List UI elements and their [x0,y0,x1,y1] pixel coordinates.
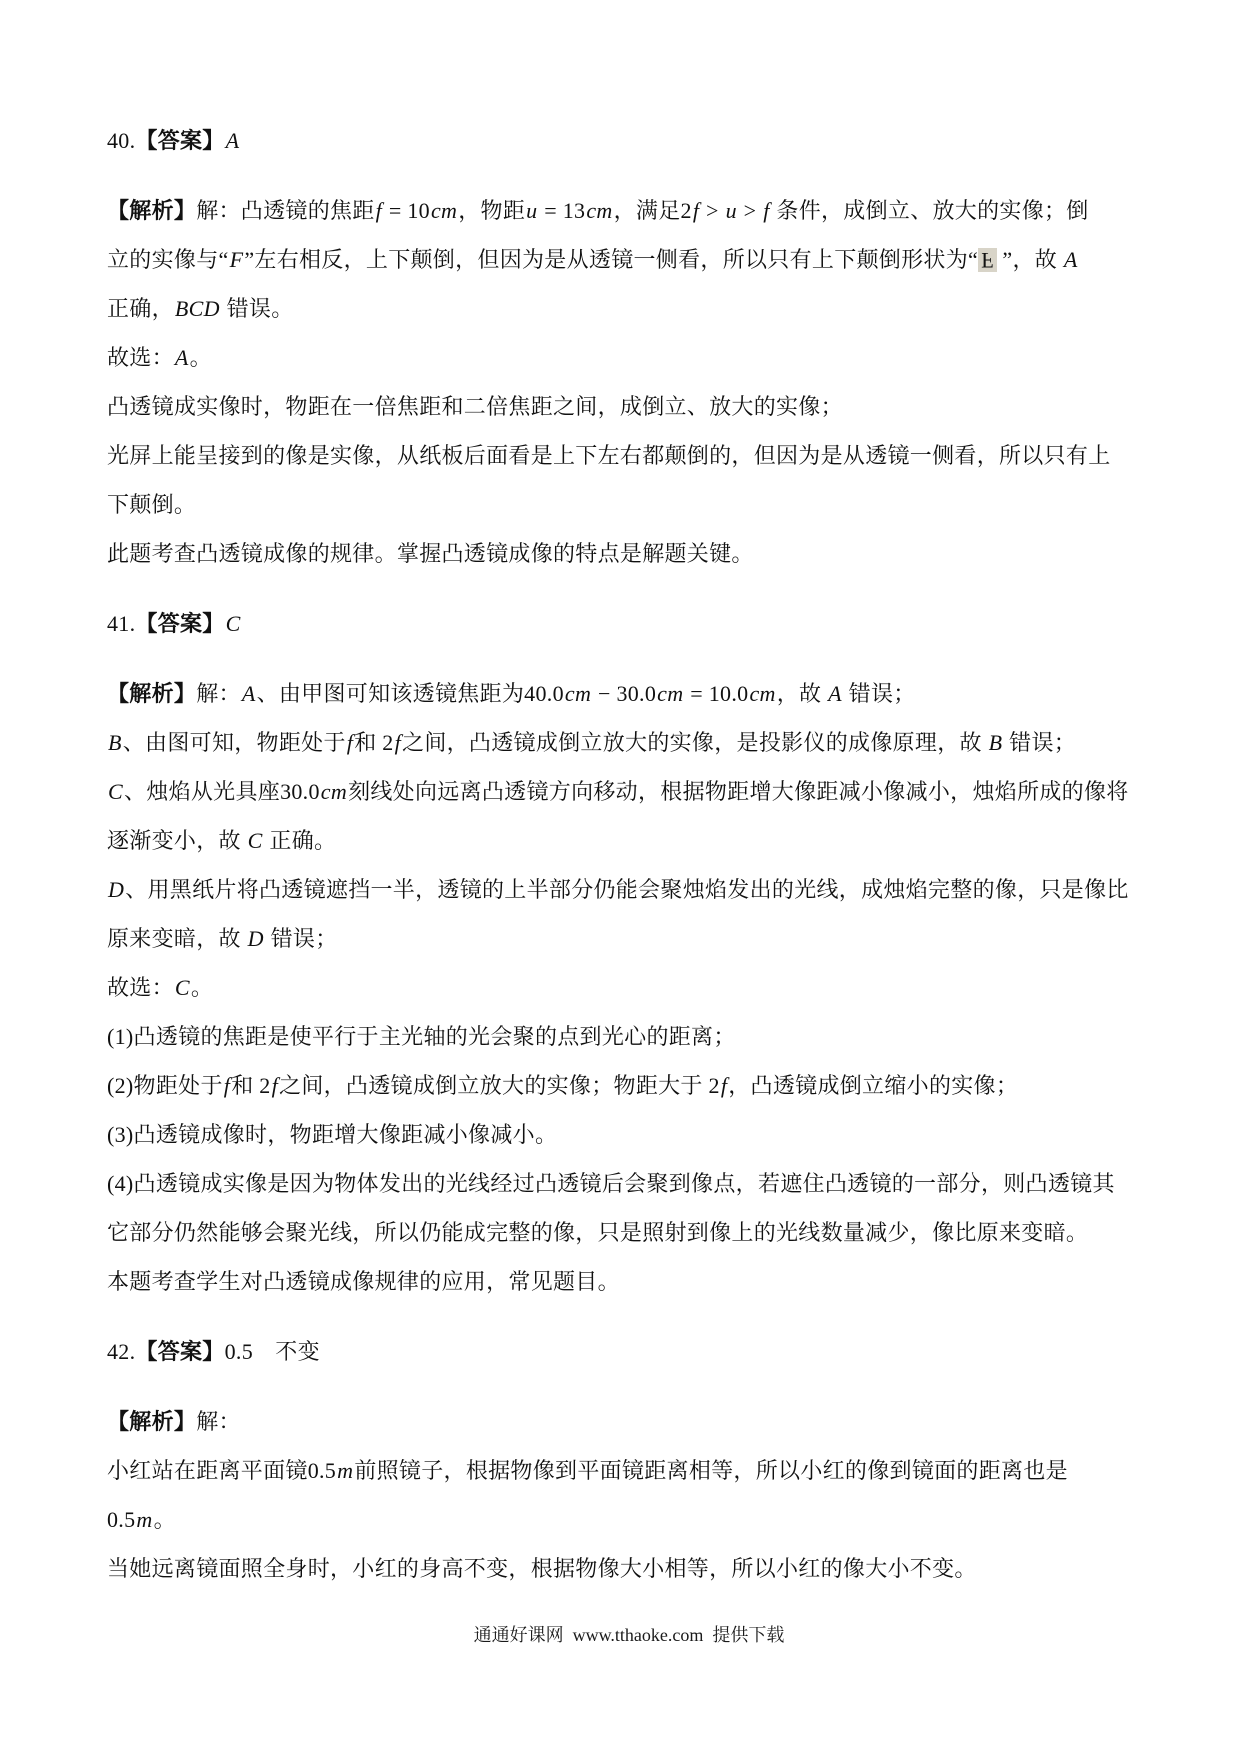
text-line: D、用黑纸片将凸透镜遮挡一半，透镜的上半部分仍能会聚烛焰发出的光线，成烛焰完整的… [107,865,1137,914]
text-line: 原来变暗，故 D 错误； [107,914,1137,963]
text-line: C、烛焰从光具座30.0cm刻线处向远离凸透镜方向移动，根据物距增大像距减小像减… [107,767,1137,816]
text-line: 小红站在距离平面镜0.5m前照镜子，根据物像到平面镜距离相等，所以小红的像到镜面… [107,1446,1137,1495]
answer-heading-q41: 41.【答案】C [107,599,1137,648]
text-line: (4)凸透镜成实像是因为物体发出的光线经过凸透镜后会聚到像点，若遮住凸透镜的一部… [107,1159,1137,1208]
text-line: 本题考查学生对凸透镜成像规律的应用，常见题目。 [107,1257,1137,1306]
answer-block-q41: 41.【答案】C【解析】解：A、由甲图可知该透镜焦距为40.0cm − 30.0… [107,599,1137,1306]
text-line: (2)物距处于f和 2f之间，凸透镜成倒立放大的实像；物距大于 2f，凸透镜成倒… [107,1061,1137,1110]
text-line: 立的实像与“F”左右相反，上下颠倒，但因为是从透镜一侧看，所以只有上下颠倒形状为… [107,235,1137,284]
text-line: 【解析】解：A、由甲图可知该透镜焦距为40.0cm − 30.0cm = 10.… [107,669,1137,718]
text-line: (1)凸透镜的焦距是使平行于主光轴的光会聚的点到光心的距离； [107,1012,1137,1061]
text-line: 0.5m。 [107,1495,1137,1544]
text-line: 它部分仍然能够会聚光线，所以仍能成完整的像，只是照射到像上的光线数量减少，像比原… [107,1208,1137,1257]
text-line: B、由图可知，物距处于f和 2f之间，凸透镜成倒立放大的实像，是投影仪的成像原理… [107,718,1137,767]
answer-heading-q40: 40.【答案】A [107,116,1137,165]
text-line: 故选：C。 [107,963,1137,1012]
answer-block-q40: 40.【答案】A【解析】解：凸透镜的焦距f = 10cm，物距u = 13cm，… [107,116,1137,578]
text-line: 【解析】解： [107,1397,1137,1446]
text-line: 逐渐变小，故 C 正确。 [107,816,1137,865]
footer-text: 通通好课网 www.tthaoke.com 提供下载 [474,1625,785,1645]
document-page: 40.【答案】A【解析】解：凸透镜的焦距f = 10cm，物距u = 13cm，… [0,0,1240,1754]
answer-heading-q42: 42.【答案】0.5 不变 [107,1327,1137,1376]
text-line: 下颠倒。 [107,480,1137,529]
answer-block-q42: 42.【答案】0.5 不变【解析】解：小红站在距离平面镜0.5m前照镜子，根据物… [107,1327,1137,1593]
page-footer: 通通好课网 www.tthaoke.com 提供下载 [0,1596,1240,1674]
text-line: 此题考查凸透镜成像的规律。掌握凸透镜成像的特点是解题关键。 [107,529,1137,578]
text-line: 当她远离镜面照全身时，小红的身高不变，根据物像大小相等，所以小红的像大小不变。 [107,1544,1137,1593]
text-line: 凸透镜成实像时，物距在一倍焦距和二倍焦距之间，成倒立、放大的实像； [107,382,1137,431]
text-line: (3)凸透镜成像时，物距增大像距减小像减小。 [107,1110,1137,1159]
text-line: 故选：A。 [107,333,1137,382]
flipped-f-glyph: F [978,248,997,272]
text-line: 光屏上能呈接到的像是实像，从纸板后面看是上下左右都颠倒的，但因为是从透镜一侧看，… [107,431,1137,480]
text-line: 正确，BCD 错误。 [107,284,1137,333]
document-content: 40.【答案】A【解析】解：凸透镜的焦距f = 10cm，物距u = 13cm，… [107,116,1137,1593]
text-line: 【解析】解：凸透镜的焦距f = 10cm，物距u = 13cm，满足2f > u… [107,186,1137,235]
